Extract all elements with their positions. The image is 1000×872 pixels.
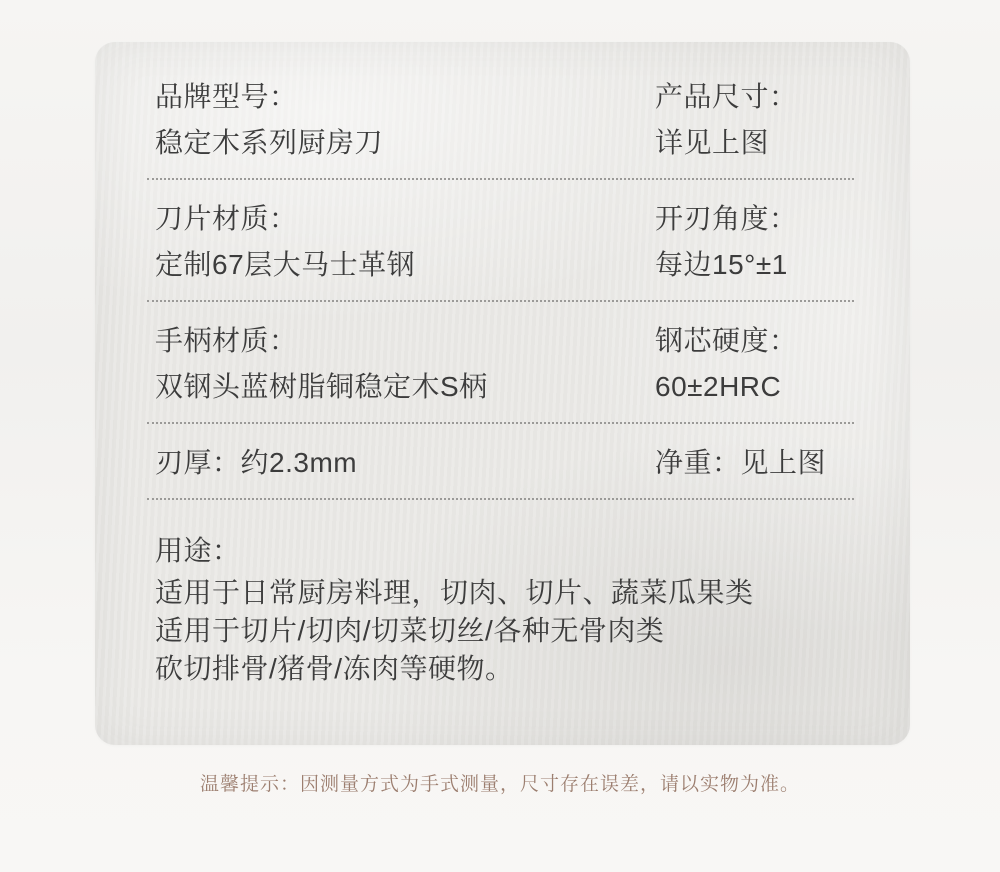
spec-cell-handle-material: 手柄材质： 双钢头蓝树脂铜稳定木S柄 bbox=[155, 318, 655, 410]
net-weight-value: 见上图 bbox=[741, 447, 827, 478]
net-weight-label: 净重： bbox=[655, 447, 741, 478]
core-hardness-value: 60±2HRC bbox=[655, 364, 848, 410]
usage-section: 用途： 适用于日常厨房料理，切肉、切片、蔬菜瓜果类 适用于切片/切肉/切菜切丝/… bbox=[155, 500, 848, 688]
product-dimensions-value: 详见上图 bbox=[655, 120, 848, 166]
blade-material-label: 刀片材质： bbox=[155, 196, 655, 242]
usage-line-2: 适用于切片/切肉/切菜切丝/各种无骨肉类 bbox=[155, 612, 848, 650]
page-background: 品牌型号： 稳定木系列厨房刀 产品尺寸： 详见上图 刀片材质： 定制67层大马士… bbox=[0, 0, 1000, 872]
spec-cell-product-dimensions: 产品尺寸： 详见上图 bbox=[655, 74, 848, 166]
handle-material-value: 双钢头蓝树脂铜稳定木S柄 bbox=[155, 364, 655, 410]
blade-material-value: 定制67层大马士革钢 bbox=[155, 242, 655, 288]
brand-model-label: 品牌型号： bbox=[155, 74, 655, 120]
blade-thickness-value: 约2.3mm bbox=[241, 447, 358, 478]
measurement-disclaimer: 温馨提示：因测量方式为手式测量，尺寸存在误差，请以实物为准。 bbox=[0, 772, 1000, 798]
spec-cell-edge-angle: 开刃角度： 每边15°±1 bbox=[655, 196, 848, 288]
spec-cell-brand-model: 品牌型号： 稳定木系列厨房刀 bbox=[155, 74, 655, 166]
blade-thickness-label: 刃厚： bbox=[155, 447, 241, 478]
handle-material-label: 手柄材质： bbox=[155, 318, 655, 364]
product-dimensions-label: 产品尺寸： bbox=[655, 74, 848, 120]
spec-cell-blade-material: 刀片材质： 定制67层大马士革钢 bbox=[155, 196, 655, 288]
spec-row-handle-hardness: 手柄材质： 双钢头蓝树脂铜稳定木S柄 钢芯硬度： 60±2HRC bbox=[155, 302, 848, 422]
spec-row-thickness-weight: 刃厚：约2.3mm 净重：见上图 bbox=[155, 424, 848, 498]
spec-cell-net-weight: 净重：见上图 bbox=[655, 440, 848, 486]
spec-cell-blade-thickness: 刃厚：约2.3mm bbox=[155, 440, 655, 486]
usage-label: 用途： bbox=[155, 528, 848, 574]
spec-row-blade-angle: 刀片材质： 定制67层大马士革钢 开刃角度： 每边15°±1 bbox=[155, 180, 848, 300]
usage-line-3: 砍切排骨/猪骨/冻肉等硬物。 bbox=[155, 650, 848, 688]
edge-angle-value: 每边15°±1 bbox=[655, 242, 848, 288]
brand-model-value: 稳定木系列厨房刀 bbox=[155, 120, 655, 166]
usage-line-1: 适用于日常厨房料理，切肉、切片、蔬菜瓜果类 bbox=[155, 574, 848, 612]
product-spec-card: 品牌型号： 稳定木系列厨房刀 产品尺寸： 详见上图 刀片材质： 定制67层大马士… bbox=[95, 42, 910, 745]
edge-angle-label: 开刃角度： bbox=[655, 196, 848, 242]
spec-row-brand-dimensions: 品牌型号： 稳定木系列厨房刀 产品尺寸： 详见上图 bbox=[155, 42, 848, 178]
core-hardness-label: 钢芯硬度： bbox=[655, 318, 848, 364]
spec-cell-core-hardness: 钢芯硬度： 60±2HRC bbox=[655, 318, 848, 410]
